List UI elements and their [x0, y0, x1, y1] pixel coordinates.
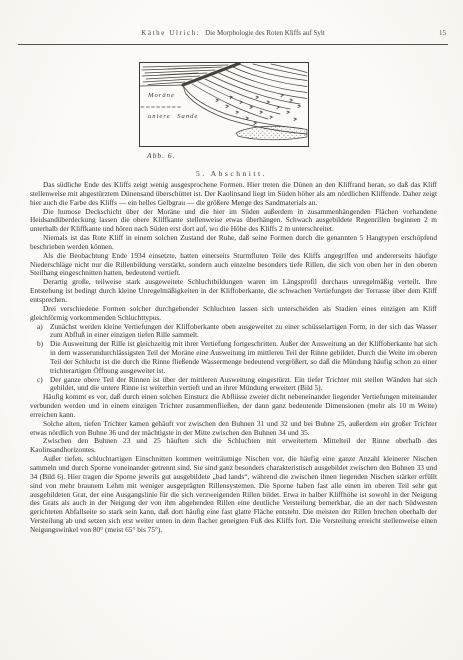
scanned-paper-page: Käthe Ulrich: Die Morphologie des Roten … [0, 0, 463, 660]
running-head-title: Käthe Ulrich: Die Morphologie des Roten … [18, 29, 448, 38]
paragraph: Häufig kommt es vor, daß durch einen sol… [30, 393, 437, 420]
list-item-label: b) [37, 340, 43, 349]
paragraph: Derartig große, teilweise stark ausgewei… [30, 278, 437, 305]
figure-abb-6: Moräne untere Sande Abb. 6. [139, 62, 319, 160]
list-item-label: c) [37, 376, 43, 385]
page-number: 15 [439, 29, 446, 38]
paragraph: Außer tiefen, schluchtartigen Einschnitt… [30, 455, 437, 535]
paragraph: Als die Beobachtung Ende 1934 einsetzte,… [30, 252, 437, 279]
figure-label-untere-sande: untere Sande [148, 113, 198, 120]
cliff-block-sketch-svg [140, 63, 308, 146]
body-text: Das südliche Ende des Kliffs zeigt wenig… [30, 181, 437, 535]
figure-frame: Moräne untere Sande [139, 62, 309, 147]
paragraph: Drei verschiedene Formen solcher durchge… [30, 305, 437, 323]
paragraph: Solche alten, tiefen Trichter kamen gehä… [30, 420, 437, 438]
paragraph: Die humose Deckschicht über der Moräne u… [30, 208, 437, 235]
running-head: Käthe Ulrich: Die Morphologie des Roten … [18, 29, 448, 45]
list-item-label: a) [37, 323, 43, 332]
figure-label-moraene: Moräne [148, 92, 175, 99]
list-item-text: Die Ausweitung der Rille ist gleichzeiti… [50, 339, 437, 375]
paragraph: Niemals ist das Rote Kliff in einem solc… [30, 234, 437, 252]
paragraph: Zwischen den Buhnen 23 und 25 häuften si… [30, 437, 437, 455]
running-head-paper-title: Die Morphologie des Roten Kliffs auf Syl… [205, 29, 325, 37]
section-heading: 5. Abschnitt. [0, 169, 463, 178]
figure-caption: Abb. 6. [147, 151, 319, 160]
list-item: a)Zunächst werden kleine Vertiefungen de… [30, 323, 437, 341]
list-item: b)Die Ausweitung der Rille ist gleichzei… [30, 340, 437, 375]
paragraph: Das südliche Ende des Kliffs zeigt wenig… [30, 181, 437, 208]
list-item: c)Der ganze obere Teil der Rinnen ist üb… [30, 376, 437, 394]
list-item-text: Zunächst werden kleine Vertiefungen der … [50, 322, 437, 340]
running-head-author: Käthe Ulrich: [141, 29, 200, 37]
list-item-text: Der ganze obere Teil der Rinnen ist über… [50, 375, 437, 393]
